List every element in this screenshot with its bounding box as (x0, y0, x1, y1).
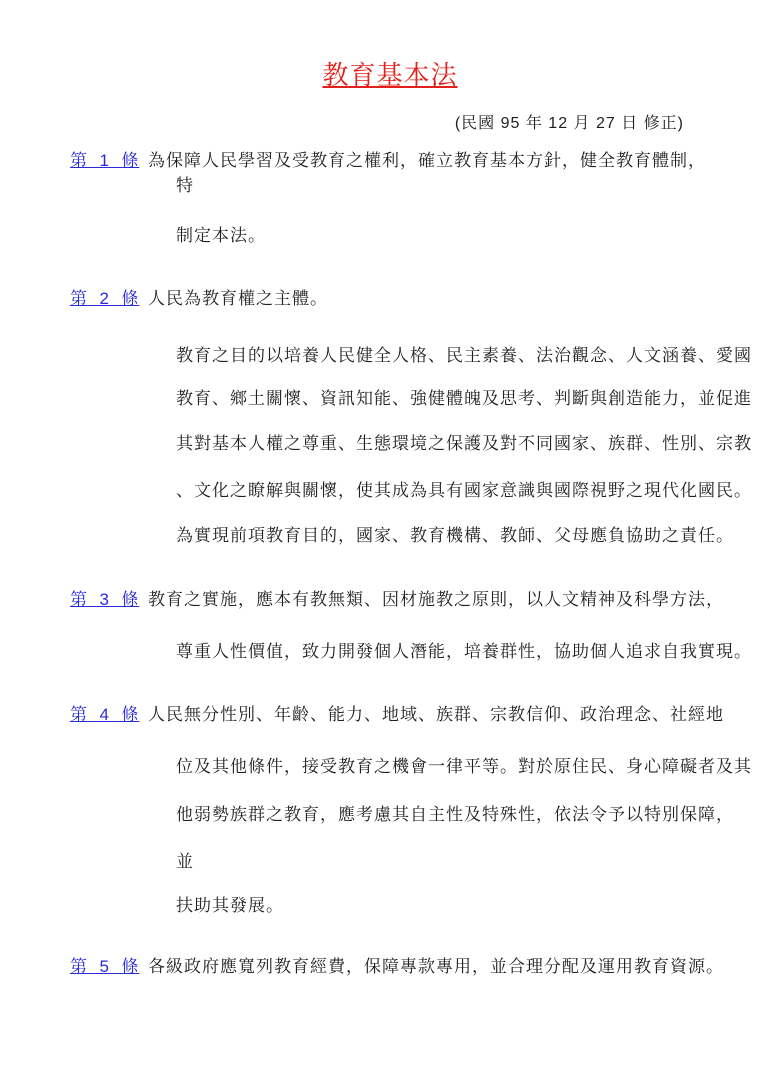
article-line: 特 (176, 176, 194, 196)
article-line: 教育、鄉土關懷、資訊知能、強健體魄及思考、判斷與創造能力，並促進 (176, 389, 752, 409)
article-5-number-link[interactable]: 第 5 條 (70, 957, 148, 977)
article-line: 尊重人性價值，致力開發個人潛能，培養群性，協助個人追求自我實現。 (176, 642, 752, 662)
article-line: 制定本法。 (176, 226, 266, 246)
article-line: 人民為教育權之主體。 (148, 289, 328, 308)
article-line: 為實現前項教育目的，國家、教育機構、教師、父母應負協助之責任。 (176, 526, 734, 546)
article-5-row: 第 5 條各級政府應寬列教育經費，保障專款專用，並合理分配及運用教育資源。 (70, 957, 724, 977)
article-4-number-link[interactable]: 第 4 條 (70, 705, 148, 725)
article-line: 、文化之瞭解與關懷，使其成為具有國家意識與國際視野之現代化國民。 (176, 481, 752, 501)
article-2-row: 第 2 條人民為教育權之主體。 (70, 289, 328, 309)
article-3-row: 第 3 條教育之實施，應本有教無類、因材施教之原則，以人文精神及科學方法， (70, 590, 724, 610)
page-title[interactable]: 教育基本法 (0, 55, 768, 92)
article-line: 各級政府應寬列教育經費，保障專款專用，並合理分配及運用教育資源。 (148, 957, 724, 976)
article-line: 教育之目的以培養人民健全人格、民主素養、法治觀念、人文涵養、愛國 (176, 346, 752, 366)
article-line: 位及其他條件，接受教育之機會一律平等。對於原住民、身心障礙者及其 (176, 757, 752, 777)
article-4-row: 第 4 條人民無分性別、年齡、能力、地域、族群、宗教信仰、政治理念、社經地 (70, 705, 724, 725)
article-1-row: 第 1 條為保障人民學習及受教育之權利，確立教育基本方針，健全教育體制， (70, 151, 706, 171)
article-line: 他弱勢族群之教育，應考慮其自主性及特殊性，依法令予以特別保障， (176, 805, 734, 825)
article-line: 教育之實施，應本有教無類、因材施教之原則，以人文精神及科學方法， (148, 590, 724, 609)
document-page: 教育基本法 (民國 95 年 12 月 27 日 修正) 第 1 條為保障人民學… (0, 0, 768, 1087)
article-2-number-link[interactable]: 第 2 條 (70, 289, 148, 309)
article-3-number-link[interactable]: 第 3 條 (70, 590, 148, 610)
revision-date: (民國 95 年 12 月 27 日 修正) (455, 110, 684, 133)
article-line: 人民無分性別、年齡、能力、地域、族群、宗教信仰、政治理念、社經地 (148, 705, 724, 724)
article-line: 為保障人民學習及受教育之權利，確立教育基本方針，健全教育體制， (148, 151, 706, 170)
article-1-number-link[interactable]: 第 1 條 (70, 151, 148, 171)
article-line: 並 (176, 852, 194, 872)
article-line: 其對基本人權之尊重、生態環境之保護及對不同國家、族群、性別、宗教 (176, 434, 752, 454)
article-line: 扶助其發展。 (176, 896, 284, 916)
